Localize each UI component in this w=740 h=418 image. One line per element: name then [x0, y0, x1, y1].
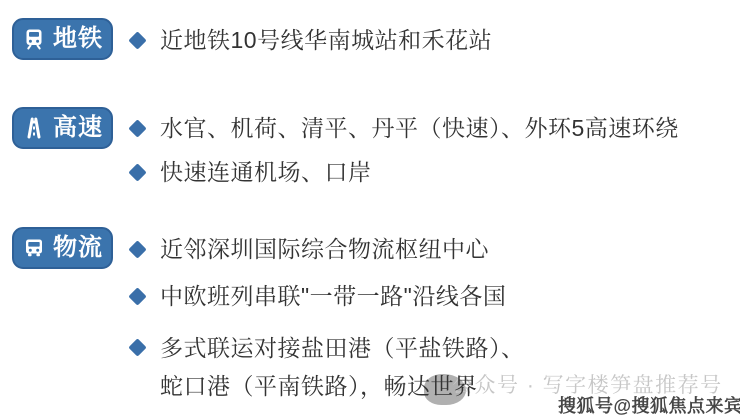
transport-infographic: 公众号 · 写字楼笋盘推荐号 地铁 近地铁10号线华南城站和禾花站 [0, 0, 740, 418]
badge-expressway: 高速 [12, 107, 113, 149]
bullet-line-1: 多式联运对接盐田港（平盐铁路）、 [160, 329, 600, 367]
bullet-text: 多式联运对接盐田港（平盐铁路）、 蛇口港（平南铁路），畅达世界 [160, 329, 600, 405]
bullet-expressway-airport: 快速连通机场、口岸 [131, 157, 372, 188]
badge-expressway-label: 高速 [53, 116, 103, 140]
bullet-text: 近地铁10号线华南城站和禾花站 [160, 25, 492, 56]
badge-metro: 地铁 [12, 18, 113, 60]
bullet-line-2: 蛇口港（平南铁路），畅达世界 [160, 367, 600, 405]
bullet-logistics-train: 中欧班列串联"一带一路"沿线各国 [131, 281, 506, 312]
bus-icon [22, 236, 46, 260]
badge-logistics: 物流 [12, 227, 113, 269]
watermark-sohu-text: 搜狐号@搜狐焦点来宾站 [558, 392, 740, 418]
bullet-expressway-ring: 水官、机荷、清平、丹平（快速）、外环5高速环绕 [131, 113, 679, 144]
badge-logistics-label: 物流 [53, 236, 103, 260]
train-icon [22, 27, 46, 51]
bullet-metro-line10: 近地铁10号线华南城站和禾花站 [131, 25, 492, 56]
bullet-text: 近邻深圳国际综合物流枢纽中心 [160, 234, 489, 265]
bullet-logistics-ports: 多式联运对接盐田港（平盐铁路）、 蛇口港（平南铁路），畅达世界 [131, 329, 600, 405]
diamond-bullet-icon [128, 240, 146, 258]
bullet-text: 水官、机荷、清平、丹平（快速）、外环5高速环绕 [160, 113, 679, 144]
bullet-text: 中欧班列串联"一带一路"沿线各国 [160, 281, 506, 312]
diamond-bullet-icon [128, 338, 146, 356]
bullet-logistics-hub: 近邻深圳国际综合物流枢纽中心 [131, 234, 489, 265]
highway-icon [22, 116, 46, 140]
diamond-bullet-icon [128, 119, 146, 137]
badge-metro-label: 地铁 [53, 27, 103, 51]
diamond-bullet-icon [128, 287, 146, 305]
bullet-text: 快速连通机场、口岸 [160, 157, 372, 188]
diamond-bullet-icon [128, 31, 146, 49]
diamond-bullet-icon [128, 163, 146, 181]
